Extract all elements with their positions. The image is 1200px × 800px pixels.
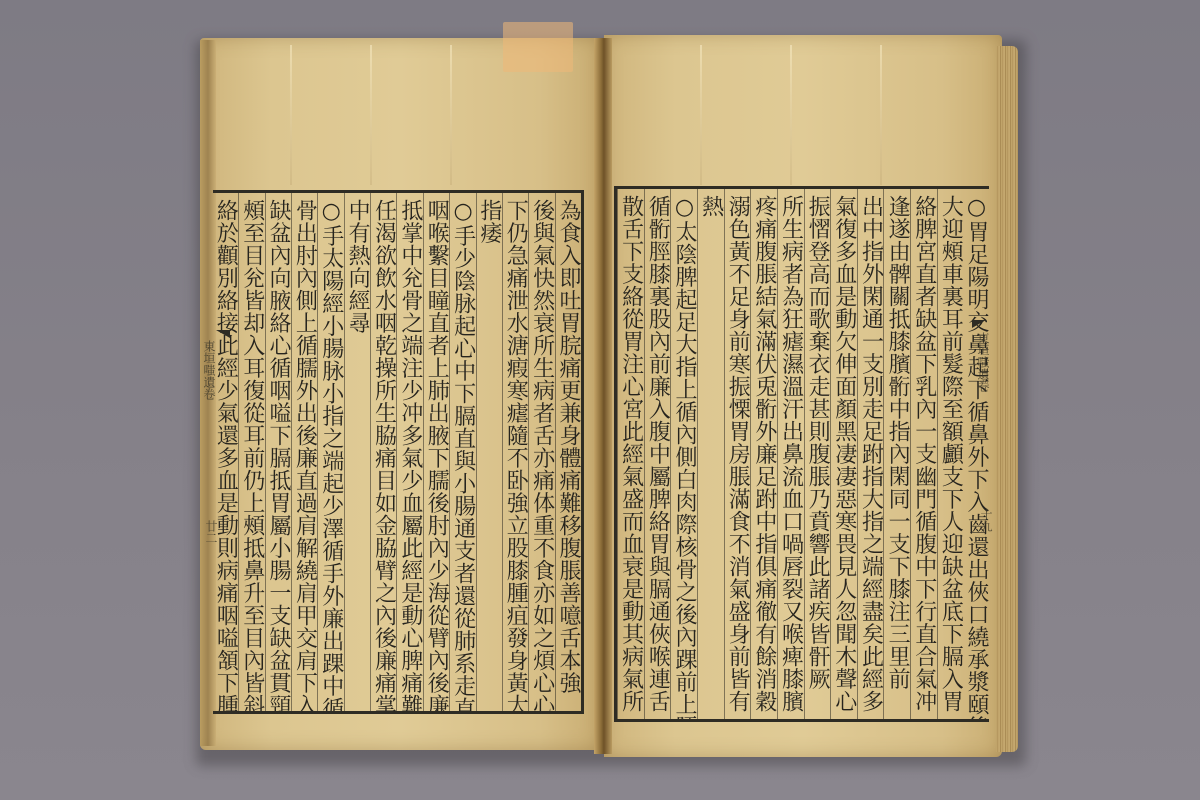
fishtail-mark-icon xyxy=(216,330,230,338)
paper-wrinkle xyxy=(700,45,702,185)
text-column: 氣復多血是動欠伸面顏黑凄凄惡寒畏見人忽聞木聲心 xyxy=(830,189,857,719)
text-column: 指痿 xyxy=(476,193,502,711)
paper-wrinkle xyxy=(450,45,452,185)
paper-wrinkle xyxy=(370,45,372,185)
text-column: ○手少陰脉起心中下膈直與小腸通支者還從肺系走直上 xyxy=(449,193,475,711)
text-column: 缺盆內向腋絡心循咽嗌下膈抵胃屬小腸一支缺盆貫頸 xyxy=(265,193,291,711)
text-column: 後與氣快然衰所生病者舌亦痛体重不食亦如之煩心心 xyxy=(528,193,554,711)
text-column: 為食入即吐胃脘痛更兼身體痛難移腹脹善噫舌本強 xyxy=(555,193,581,711)
text-column: 骨出肘內側上循臑外出後廉直過肩解繞肩甲交肩下入 xyxy=(291,193,317,711)
fishtail-mark-icon xyxy=(972,320,986,328)
text-column: 大迎頰車裏耳前髮際至額顱支下人迎缺盆底下膈入胃 xyxy=(937,189,964,719)
text-column: 咽喉繫目瞳直者上肺出腋下臑後肘內少海從臂內後廉 xyxy=(423,193,449,711)
right-folio-number: 十九 xyxy=(978,508,995,532)
text-column: ○胃足陽明交鼻起下循鼻外下入齒還出俠口繞承漿頤後 xyxy=(963,189,989,719)
left-folio-number: 廿二 xyxy=(203,520,220,544)
text-column: 絡於顴別絡接此經少氣還多血是動則病痛咽嗌頷下腫 xyxy=(213,193,238,711)
text-column: 熱 xyxy=(697,189,724,719)
text-column: 絡脾宮直者缺盆下乳內一支幽門循腹中下行直合氣冲 xyxy=(910,189,937,719)
paper-wrinkle xyxy=(790,45,792,185)
paper-slip-marker xyxy=(503,22,573,72)
paper-wrinkle xyxy=(290,45,292,185)
text-column: 溺色黃不足身前寒振慄胃房脹滿食不消氣盛身前皆有 xyxy=(724,189,751,719)
fore-edge xyxy=(996,46,1018,752)
right-page-text-block: ○胃足陽明交鼻起下循鼻外下入齒還出俠口繞承漿頤後 大迎頰車裏耳前髮際至額顱支下人… xyxy=(614,186,989,722)
text-column: 疼痛腹脹結氣滿伏兎䯒外廉足跗中指俱痛徹有餘消穀 xyxy=(750,189,777,719)
paper-wrinkle xyxy=(880,45,882,185)
text-column: 中有熱向經尋 xyxy=(344,193,370,711)
text-column: ○太陰脾起足大指上循內側白肉際核骨之後內踝前上臑 xyxy=(670,189,697,719)
text-column: 循䯒脛膝裏股內前廉入腹中屬脾絡胃與膈通俠喉連舌 xyxy=(644,189,671,719)
text-column: 散舌下支絡從胃注心宮此經氣盛而血衰是動其病氣所 xyxy=(617,189,644,719)
text-column: 逢遂由髀關抵膝臏䯒中指內閑同一支下膝注三里前 xyxy=(883,189,910,719)
text-column: 抵掌中兊骨之端注少冲多氣少血屬此經是動心脾痛難 xyxy=(396,193,422,711)
text-column: 所生病者為狂瘧濕溫汗出鼻流血口喎唇裂又喉痺膝臏 xyxy=(777,189,804,719)
left-margin-heading: 東垣嗤遺卷 xyxy=(201,340,218,400)
left-page-text-block: 為食入即吐胃脘痛更兼身體痛難移腹脹善噫舌本強 後與氣快然衰所生病者舌亦痛体重不食… xyxy=(213,190,584,714)
text-column: 振慴登高而歌棄衣走甚則腹脹乃賁響此諸疾皆骭厥 xyxy=(804,189,831,719)
right-margin-heading: 東垣嗤遺卷 xyxy=(975,332,992,392)
text-column: 頰至目兊皆却入耳復從耳前仍上頰抵鼻升至目內皆斜 xyxy=(238,193,264,711)
text-column: 任渴欲飲水咽乾操所生脇痛目如金脇臂之內後廉痛掌 xyxy=(370,193,396,711)
text-column: ○手太陽經小腸脉小指之端起少澤循手外廉出踝中循臂 xyxy=(317,193,343,711)
text-column: 下仍急痛泄水溏瘕寒瘧隨不卧強立股膝腫疽發身黃大 xyxy=(502,193,528,711)
text-column: 出中指外閑通一支別走足跗指大指之端經盡矣此經多 xyxy=(857,189,884,719)
book-gutter xyxy=(594,38,612,754)
